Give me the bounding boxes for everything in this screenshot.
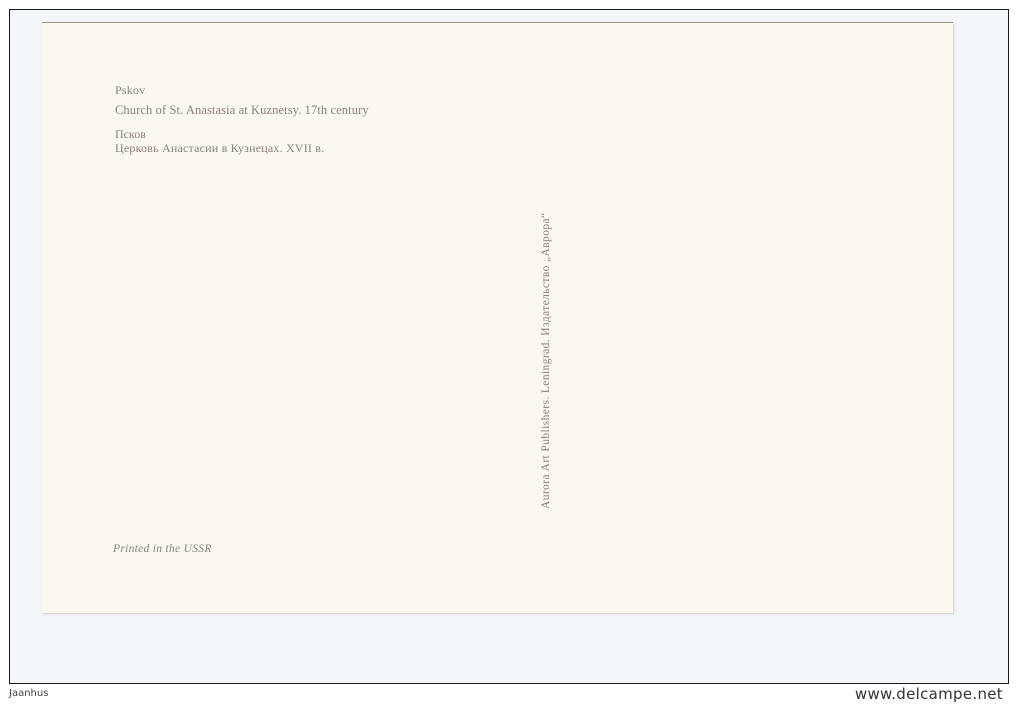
russian-city: Псков	[115, 127, 146, 142]
printed-in-note: Printed in the USSR	[113, 543, 212, 555]
russian-caption: Церковь Анастасии в Кузнецах. XVII в.	[115, 141, 324, 156]
english-caption: Church of St. Anastasia at Kuznetsy. 17t…	[115, 103, 369, 118]
postcard-back: Pskov Church of St. Anastasia at Kuznets…	[42, 22, 953, 613]
seller-name: Jaanhus	[9, 688, 48, 699]
publisher-imprint: Aurora Art Publishers. Leningrad. Издате…	[540, 212, 552, 509]
english-city: Pskov	[115, 83, 145, 98]
site-watermark: www.delcampe.net	[855, 685, 1003, 703]
